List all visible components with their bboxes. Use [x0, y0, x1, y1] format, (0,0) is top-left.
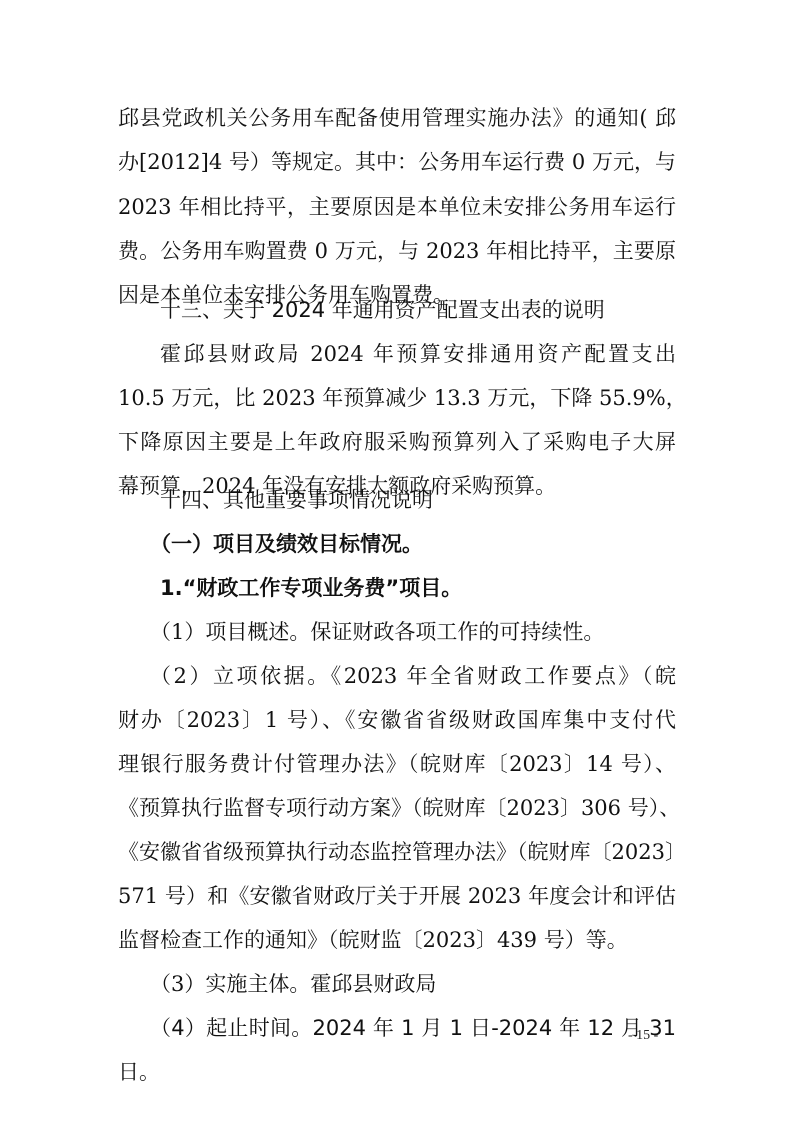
paragraph-line: 监督检查工作的通知》（皖财监〔2023〕439 号）等。: [118, 926, 676, 954]
paragraph-line: 下降原因主要是上年政府服采购预算列入了采购电子大屏: [118, 428, 676, 456]
item-overview: （1）项目概述。保证财政各项工作的可持续性。: [150, 618, 666, 646]
paragraph-line: 2023 年相比持平，主要原因是本单位未安排公务用车运行: [118, 193, 676, 221]
item-period-end: 日。: [118, 1058, 676, 1086]
document-page: 邱县党政机关公务用车配备使用管理实施办法》的通知( 邱 办[2012]4 号）等…: [0, 0, 793, 1122]
paragraph-line: 办[2012]4 号）等规定。其中：公务用车运行费 0 万元，与: [118, 148, 676, 176]
subsection-heading: （一）项目及绩效目标情况。: [150, 530, 666, 558]
paragraph-line: 费。公务用车购置费 0 万元，与 2023 年相比持平，主要原: [118, 237, 676, 265]
paragraph-line: 邱县党政机关公务用车配备使用管理实施办法》的通知( 邱: [118, 104, 676, 132]
paragraph-line: 571 号）和《安徽省财政厅关于开展 2023 年度会计和评估: [118, 882, 676, 910]
paragraph-line: 《安徽省省级预算执行动态监控管理办法》（皖财库〔2023〕: [118, 838, 676, 866]
item-period: （4）起止时间。2024 年 1 月 1 日-2024 年 12 月 31: [150, 1014, 676, 1042]
paragraph-line: 财办〔2023〕1 号）、《安徽省省级财政国库集中支付代: [118, 706, 676, 734]
paragraph-line: 《预算执行监督专项行动方案》（皖财库〔2023〕306 号）、: [118, 794, 676, 822]
project-title: 1.“财政工作专项业务费”项目。: [160, 574, 676, 602]
page-number: - 15 -: [628, 1028, 658, 1044]
paragraph-line: （2）立项依据。《2023 年全省财政工作要点》（皖: [150, 662, 676, 690]
paragraph-line: 霍邱县财政局 2024 年预算安排通用资产配置支出: [160, 340, 676, 368]
paragraph-line: 理银行服务费计付管理办法》（皖财库〔2023〕14 号）、: [118, 750, 676, 778]
item-implementer: （3）实施主体。霍邱县财政局: [150, 970, 666, 998]
section-13-heading: 十三、关于 2024 年通用资产配置支出表的说明: [160, 296, 676, 324]
paragraph-line: 10.5 万元，比 2023 年预算减少 13.3 万元，下降 55.9%，: [118, 384, 676, 412]
section-14-heading: 十四、其他重要事项情况说明: [160, 486, 676, 514]
